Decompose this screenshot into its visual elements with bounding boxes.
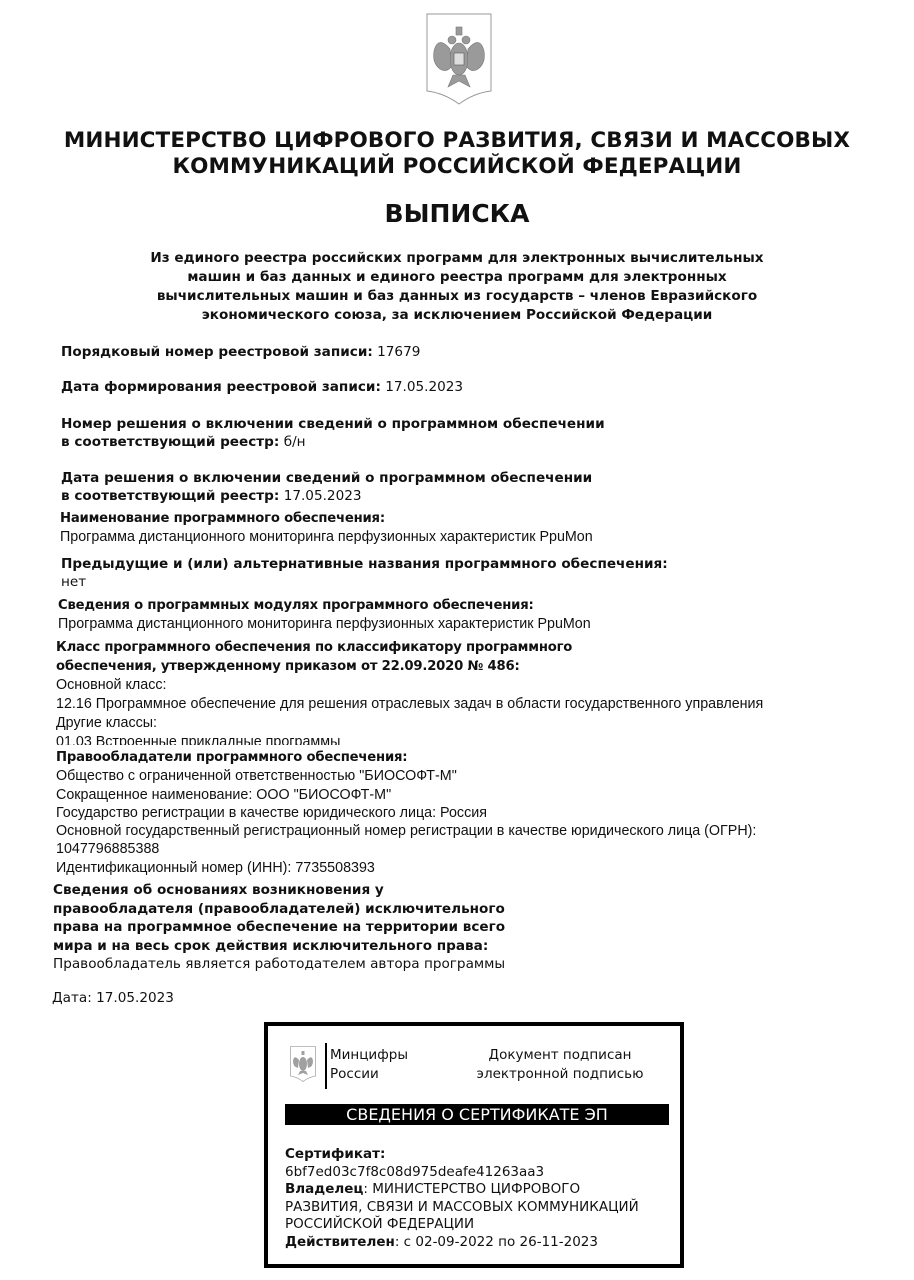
grounds-value: Правообладатель является работодателем а…: [53, 956, 505, 972]
rightholders-label: Правообладатели программного обеспечения: [56, 750, 402, 765]
russian-coat-of-arms-icon: [290, 1046, 316, 1082]
decision-date-label-line1: Дата решения о включении сведений о прог…: [61, 470, 592, 486]
modules-value: Программа дистанционного мониторинга пер…: [58, 616, 591, 632]
valid-value: с 02-09-2022 по 26-11-2023: [404, 1234, 598, 1250]
subtitle-line: машин и баз данных и единого реестра про…: [120, 268, 794, 287]
grounds-label-line: правообладателя (правообладателей) исклю…: [53, 901, 505, 917]
rightholders-field: Правообладатели программного обеспечения…: [56, 748, 756, 877]
record-number-label: Порядковый номер реестровой записи: [61, 344, 367, 360]
main-class-value: 12.16 Программное обеспечение для решени…: [56, 696, 763, 712]
stamp-signed-notice: Документ подписан электронной подписью: [464, 1046, 656, 1084]
modules-field: Сведения о программных модулях программн…: [58, 596, 591, 633]
modules-label: Сведения о программных модулях программн…: [58, 598, 528, 613]
owner-value-line3: РОССИЙСКОЙ ФЕДЕРАЦИИ: [285, 1216, 474, 1232]
rightholder-country: Государство регистрации в качестве юриди…: [56, 805, 487, 821]
ministry-name: МИНИСТЕРСТВО ЦИФРОВОГО РАЗВИТИЯ, СВЯЗИ И…: [40, 128, 874, 180]
russian-coat-of-arms-icon: [426, 13, 492, 105]
alt-names-field: Предыдущие и (или) альтернативные назван…: [61, 555, 668, 591]
record-date-value: 17.05.2023: [385, 379, 463, 395]
decision-date-value: 17.05.2023: [284, 488, 362, 504]
decision-number-label-line1: Номер решения о включении сведений о про…: [61, 416, 605, 432]
classification-label-line1: Класс программного обеспечения по класси…: [56, 640, 572, 655]
record-number-value: 17679: [377, 344, 420, 360]
certificate-info: Сертификат: 6bf7ed03c7f8c08d975deafe4126…: [285, 1146, 639, 1251]
decision-number-label-line2: в соответствующий реестр: [61, 434, 274, 450]
certificate-banner: СВЕДЕНИЯ О СЕРТИФИКАТЕ ЭП: [285, 1104, 669, 1125]
grounds-label-line: Сведения об основаниях возникновения у: [53, 882, 384, 898]
rightholder-ogrn-label: Основной государственный регистрационный…: [56, 823, 756, 839]
stamp-org-line1: Минцифры: [330, 1046, 408, 1065]
software-name-label: Наименование программного обеспечения: [60, 511, 380, 526]
signature-stamp: Минцифры России Документ подписан электр…: [264, 1022, 684, 1268]
valid-label: Действителен: [285, 1234, 395, 1250]
document-title: ВЫПИСКА: [0, 198, 914, 230]
document-subtitle: Из единого реестра российских программ д…: [120, 249, 794, 325]
stamp-divider: [325, 1043, 327, 1089]
subtitle-line: вычислительных машин и баз данных из гос…: [120, 287, 794, 306]
grounds-label-line: мира и на весь срок действия исключитель…: [53, 938, 483, 954]
date-field: Дата: 17.05.2023: [52, 989, 174, 1007]
rightholder-inn: Идентификационный номер (ИНН): 773550839…: [56, 860, 375, 876]
ministry-name-line1: МИНИСТЕРСТВО ЦИФРОВОГО РАЗВИТИЯ, СВЯЗИ И…: [40, 128, 874, 154]
main-class-label: Основной класс:: [56, 677, 167, 693]
software-name-field: Наименование программного обеспечения: П…: [60, 509, 593, 546]
ministry-name-line2: КОММУНИКАЦИЙ РОССИЙСКОЙ ФЕДЕРАЦИИ: [40, 154, 874, 180]
decision-number-field: Номер решения о включении сведений о про…: [61, 415, 605, 451]
owner-value-line1: МИНИСТЕРСТВО ЦИФРОВОГО: [372, 1181, 580, 1197]
certificate-label: Сертификат:: [285, 1146, 385, 1162]
classification-field: Класс программного обеспечения по класси…: [56, 638, 763, 752]
record-number-field: Порядковый номер реестровой записи: 1767…: [61, 343, 420, 361]
rightholder-full-name: Общество с ограниченной ответственностью…: [56, 768, 457, 784]
rightholder-short-name: Сокращенное наименование: ООО "БИОСОФТ-М…: [56, 787, 391, 803]
alt-names-label: Предыдущие и (или) альтернативные назван…: [61, 556, 662, 572]
date-label: Дата: [52, 990, 87, 1006]
subtitle-line: Из единого реестра российских программ д…: [120, 249, 794, 268]
other-classes-value: 01.03 Встроенные прикладные программы: [56, 733, 340, 745]
stamp-signed-line2: электронной подписью: [464, 1065, 656, 1084]
rightholder-ogrn-value: 1047796885388: [56, 841, 159, 857]
date-value: 17.05.2023: [96, 990, 174, 1006]
certificate-value: 6bf7ed03c7f8c08d975deafe41263aa3: [285, 1164, 544, 1180]
grounds-field: Сведения об основаниях возникновения у п…: [53, 881, 505, 974]
software-name-value: Программа дистанционного мониторинга пер…: [60, 529, 593, 545]
decision-date-field: Дата решения о включении сведений о прог…: [61, 469, 592, 505]
decision-number-value: б/н: [284, 434, 306, 450]
stamp-org-line2: России: [330, 1065, 408, 1084]
owner-value-line2: РАЗВИТИЯ, СВЯЗИ И МАССОВЫХ КОММУНИКАЦИЙ: [285, 1199, 639, 1215]
stamp-signed-line1: Документ подписан: [464, 1046, 656, 1065]
stamp-organization: Минцифры России: [330, 1046, 408, 1084]
record-date-field: Дата формирования реестровой записи: 17.…: [61, 378, 463, 396]
owner-label: Владелец: [285, 1181, 363, 1197]
subtitle-line: экономического союза, за исключением Рос…: [120, 306, 794, 325]
classification-label-line2: обеспечения, утвержденному приказом от 2…: [56, 659, 514, 674]
decision-date-label-line2: в соответствующий реестр: [61, 488, 274, 504]
record-date-label: Дата формирования реестровой записи: [61, 379, 375, 395]
grounds-label-line: права на программное обеспечение на терр…: [53, 919, 505, 935]
alt-names-value: нет: [61, 574, 86, 590]
other-classes-label: Другие классы:: [56, 715, 157, 731]
